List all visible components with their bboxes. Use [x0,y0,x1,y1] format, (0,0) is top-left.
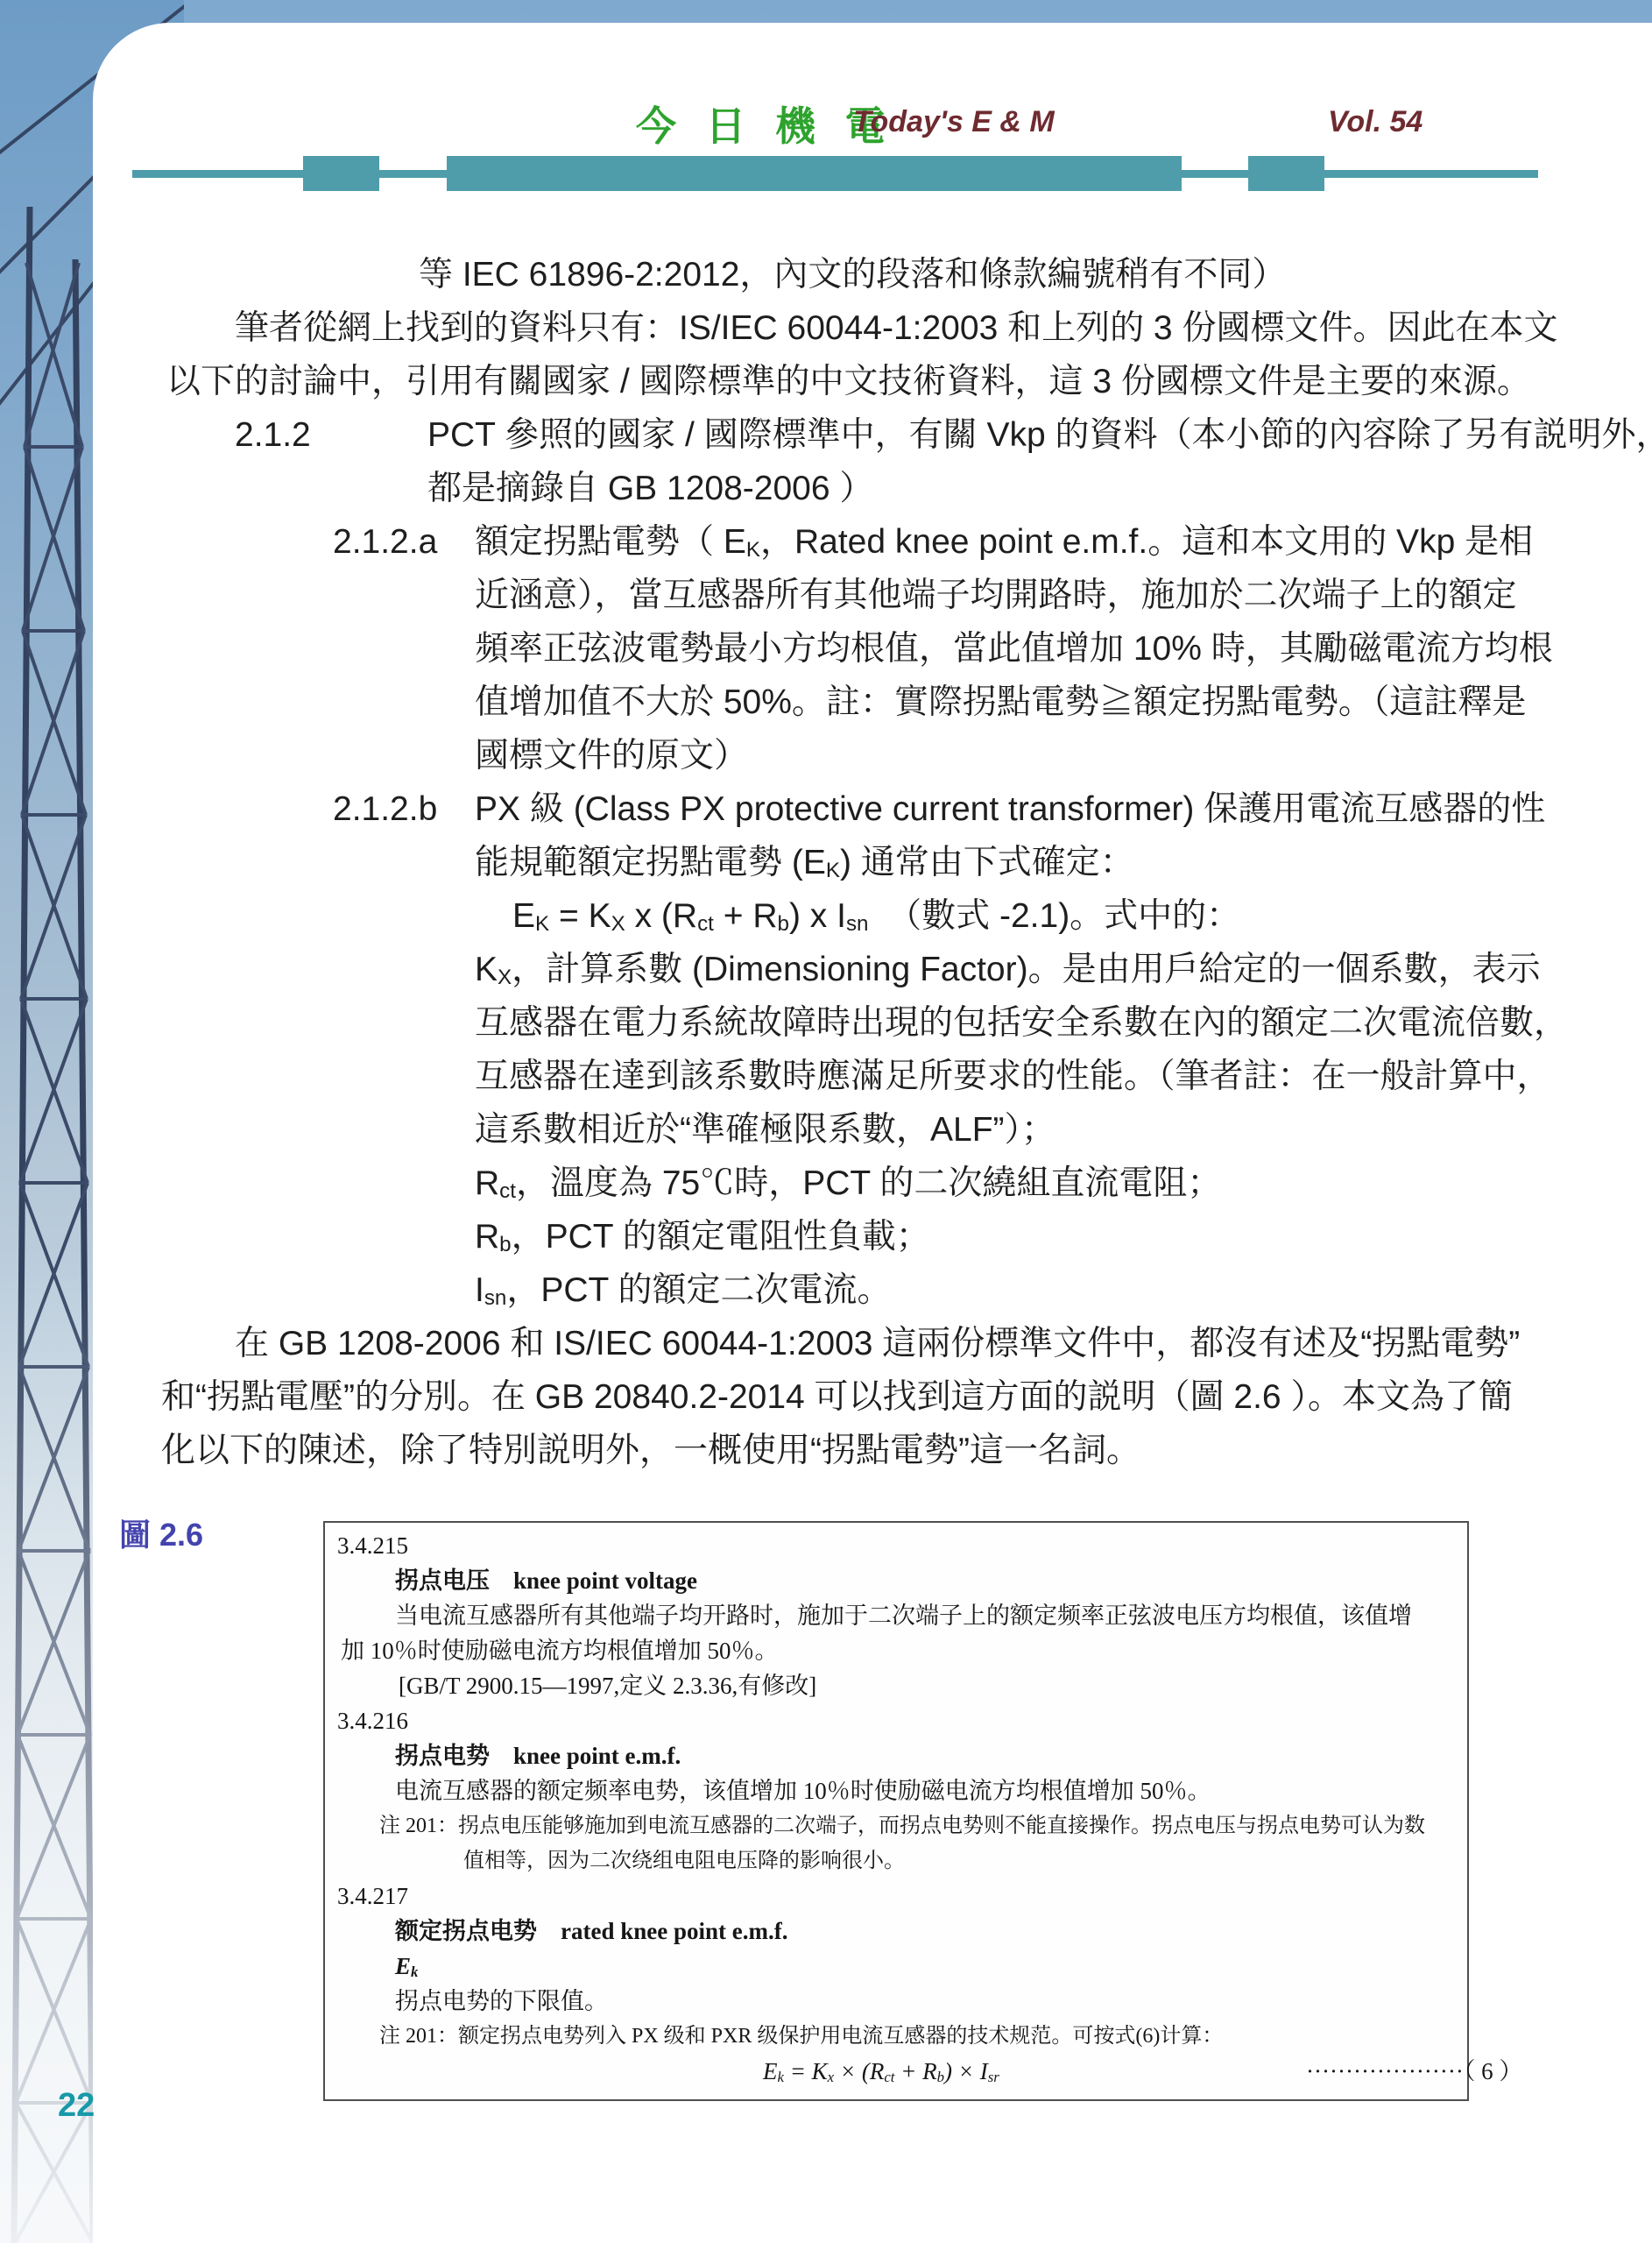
text-line: 能規範額定拐點電勢 (EK) 通常由下式確定： [0,836,1652,889]
text-run: 以下的討論中，引用有關國家 / 國際標準的中文技術資料，這 3 份國標文件是主要… [166,355,1531,408]
text-line: [GB/T 2900.15—1997,定义 2.3.36,有修改] [325,1668,1467,1703]
text-run: Ek = Kx × (Rct + Rb) × Isr [763,2054,999,2092]
text-line: 3.4.216 [325,1703,1467,1738]
text-run: Rct，溫度為 75℃時，PCT 的二次繞組直流電阻； [475,1157,1221,1214]
text-run: 值增加值不大於 50%。註：實際拐點電勢≧額定拐點電勢。（這註釋是 [475,676,1526,729]
text-run: Isn，PCT 的額定二次電流。 [475,1263,892,1321]
text-line: 頻率正弦波電勢最小方均根值，當此值增加 10% 時，其勵磁電流方均根 [0,622,1652,676]
text-run: 這系數相近於“準確極限系數，ALF”）； [475,1103,1055,1157]
text-line: 2.1.2PCT 參照的國家 / 國際標準中，有關 Vkp 的資料（本小節的內容… [0,408,1652,462]
text-run: 注 201：拐点电压能够施加到电流互感器的二次端子，而拐点电势则不能直接操作。拐… [379,1808,1425,1843]
text-line: 值相等，因为二次绕组电阻电压降的影响很小。 [325,1843,1467,1879]
text-line: 拐点电压 knee point voltage [325,1563,1467,1598]
text-line: 额定拐点电势 rated knee point e.m.f. [325,1914,1467,1949]
text-run: 2.1.2.b [333,782,437,836]
text-line: 2.1.2.a額定拐點電勢（ EK，Rated knee point e.m.f… [0,515,1652,569]
text-line: 等 IEC 61896-2:2012，內文的段落和條款編號稍有不同） [0,248,1652,301]
text-run: 頻率正弦波電勢最小方均根值，當此值增加 10% 時，其勵磁電流方均根 [475,622,1553,676]
text-run: 2.1.2.a [333,515,437,569]
text-line: 和“拐點電壓”的分別。在 GB 20840.2-2014 可以找到這方面的説明（… [0,1370,1652,1424]
text-line: 互感器在電力系統故障時出現的包括安全系數在內的額定二次電流倍數， [0,996,1652,1050]
text-run: 拐点电势的下限值。 [395,1984,608,2019]
text-line: Rct，溫度為 75℃時，PCT 的二次繞組直流電阻； [0,1157,1652,1210]
figure-label: 圖 2.6 [119,1511,203,1555]
text-line: EK = KX x (Rct + Rb) x Isn （數式 -2.1)。式中的… [0,889,1652,943]
text-run: [GB/T 2900.15—1997,定义 2.3.36,有修改] [399,1668,816,1703]
text-line: 在 GB 1208-2006 和 IS/IEC 60044-1:2003 這兩份… [0,1317,1652,1370]
text-run: 额定拐点电势 rated knee point e.m.f. [395,1914,787,1949]
journal-title-en: Today's E & M [853,105,1055,139]
text-run: 电流互感器的额定频率电势，该值增加 10％时使励磁电流方均根值增加 50％。 [395,1773,1211,1808]
header-rule-segment [303,156,379,191]
text-run: 3.4.217 [337,1879,408,1914]
text-run: PX 級 (Class PX protective current transf… [475,782,1545,836]
text-line: Ek = Kx × (Rct + Rb) × Isr··············… [325,2054,1467,2089]
text-line: 以下的討論中，引用有關國家 / 國際標準的中文技術資料，這 3 份國標文件是主要… [0,355,1652,408]
text-run: KX，計算系數 (Dimensioning Factor)。是由用戶給定的一個系… [475,943,1541,1001]
text-line: 化以下的陳述，除了特別説明外，一概使用“拐點電勢”這一名詞。 [0,1424,1652,1477]
header-rule-segment [447,156,1182,191]
text-line: 2.1.2.bPX 級 (Class PX protective current… [0,782,1652,836]
text-run: EK = KX x (Rct + Rb) x Isn （數式 -2.1)。式中的… [512,889,1240,947]
text-run: 和“拐點電壓”的分別。在 GB 20840.2-2014 可以找到這方面的説明（… [161,1370,1513,1424]
text-run: ····················（ 6 ） [1306,2054,1522,2089]
header-rule-segment [132,170,303,178]
text-line: 拐点电势的下限值。 [325,1984,1467,2019]
text-run: 額定拐點電勢（ EK，Rated knee point e.m.f.。這和本文用… [475,515,1533,573]
text-run: 3.4.215 [337,1528,408,1563]
text-line: 值增加值不大於 50%。註：實際拐點電勢≧額定拐點電勢。（這註釋是 [0,676,1652,729]
text-line: 加 10％时使励磁电流方均根值增加 50％。 [325,1633,1467,1668]
text-line: 注 201：额定拐点电势列入 PX 级和 PXR 级保护用电流互感器的技术规范。… [325,2019,1467,2054]
text-run: PCT 參照的國家 / 國際標準中，有關 Vkp 的資料（本小節的內容除了另有説… [427,408,1652,462]
text-line: 國標文件的原文） [0,729,1652,782]
text-run: Rb，PCT 的額定電阻性負載； [475,1210,930,1268]
text-run: 能規範額定拐點電勢 (EK) 通常由下式確定： [475,836,1134,894]
text-run: 等 IEC 61896-2:2012，內文的段落和條款編號稍有不同） [419,248,1286,301]
text-run: 近涵意），當互感器所有其他端子均開路時，施加於二次端子上的額定 [475,569,1517,622]
text-line: 這系數相近於“準確極限系數，ALF”）； [0,1103,1652,1157]
text-run: 3.4.216 [337,1703,408,1738]
text-line: 近涵意），當互感器所有其他端子均開路時，施加於二次端子上的額定 [0,569,1652,622]
text-run: Ek [395,1949,418,1987]
header-rule [0,156,1652,195]
text-run: 注 201：额定拐点电势列入 PX 级和 PXR 级保护用电流互感器的技术规范。… [379,2019,1223,2054]
figure-2-6-box: 3.4.215拐点电压 knee point voltage当电流互感器所有其他… [323,1521,1469,2101]
text-run: 互感器在電力系統故障時出現的包括安全系數在內的額定二次電流倍數， [475,996,1568,1050]
article-body: 等 IEC 61896-2:2012，內文的段落和條款編號稍有不同）筆者從網上找… [0,248,1652,1477]
header-rule-segment [379,170,447,178]
text-line: 3.4.217 [325,1879,1467,1914]
text-run: 都是摘錄自 GB 1208-2006 ） [427,462,873,515]
text-run: 值相等，因为二次绕组电阻电压降的影响很小。 [463,1843,905,1879]
figure-content: 3.4.215拐点电压 knee point voltage当电流互感器所有其他… [325,1523,1467,2089]
header-rule-segment [1248,156,1324,191]
header-rule-segment [1324,170,1538,178]
text-line: KX，計算系數 (Dimensioning Factor)。是由用戶給定的一個系… [0,943,1652,996]
text-line: 当电流互感器所有其他端子均开路时，施加于二次端子上的额定频率正弦波电压方均根值，… [325,1598,1467,1633]
text-line: 注 201：拐点电压能够施加到电流互感器的二次端子，而拐点电势则不能直接操作。拐… [325,1808,1467,1843]
text-run: 2.1.2 [235,408,311,462]
text-run: 筆者從網上找到的資料只有：IS/IEC 60044-1:2003 和上列的 3 … [235,301,1557,355]
page-number: 22 [58,2087,95,2125]
text-line: 互感器在達到該系數時應滿足所要求的性能。（筆者註：在一般計算中， [0,1050,1652,1103]
magazine-page: 今 日 機 電 Today's E & M Vol. 54 等 IEC 6189… [0,0,1652,2243]
text-line: Ek [325,1949,1467,1984]
header-rule-segment [1182,170,1248,178]
text-line: Isn，PCT 的額定二次電流。 [0,1263,1652,1317]
content-layer: 今 日 機 電 Today's E & M Vol. 54 等 IEC 6189… [0,0,1652,2243]
text-line: 拐点电势 knee point e.m.f. [325,1738,1467,1773]
text-line: 3.4.215 [325,1528,1467,1563]
text-line: 都是摘錄自 GB 1208-2006 ） [0,462,1652,515]
text-line: Rb，PCT 的額定電阻性負載； [0,1210,1652,1263]
text-run: 加 10％时使励磁电流方均根值增加 50％。 [341,1633,779,1668]
volume-label: Vol. 54 [1328,105,1423,139]
text-line: 电流互感器的额定频率电势，该值增加 10％时使励磁电流方均根值增加 50％。 [325,1773,1467,1808]
text-run: 拐点电压 knee point voltage [395,1563,697,1598]
text-line: 筆者從網上找到的資料只有：IS/IEC 60044-1:2003 和上列的 3 … [0,301,1652,355]
text-run: 國標文件的原文） [475,729,748,782]
text-run: 当电流互感器所有其他端子均开路时，施加于二次端子上的额定频率正弦波电压方均根值，… [395,1598,1412,1633]
text-run: 互感器在達到該系數時應滿足所要求的性能。（筆者註：在一般計算中， [475,1050,1551,1103]
text-run: 拐点电势 knee point e.m.f. [395,1738,681,1773]
text-run: 化以下的陳述，除了特別説明外，一概使用“拐點電勢”這一名詞。 [161,1424,1140,1477]
text-run: 在 GB 1208-2006 和 IS/IEC 60044-1:2003 這兩份… [235,1317,1520,1370]
